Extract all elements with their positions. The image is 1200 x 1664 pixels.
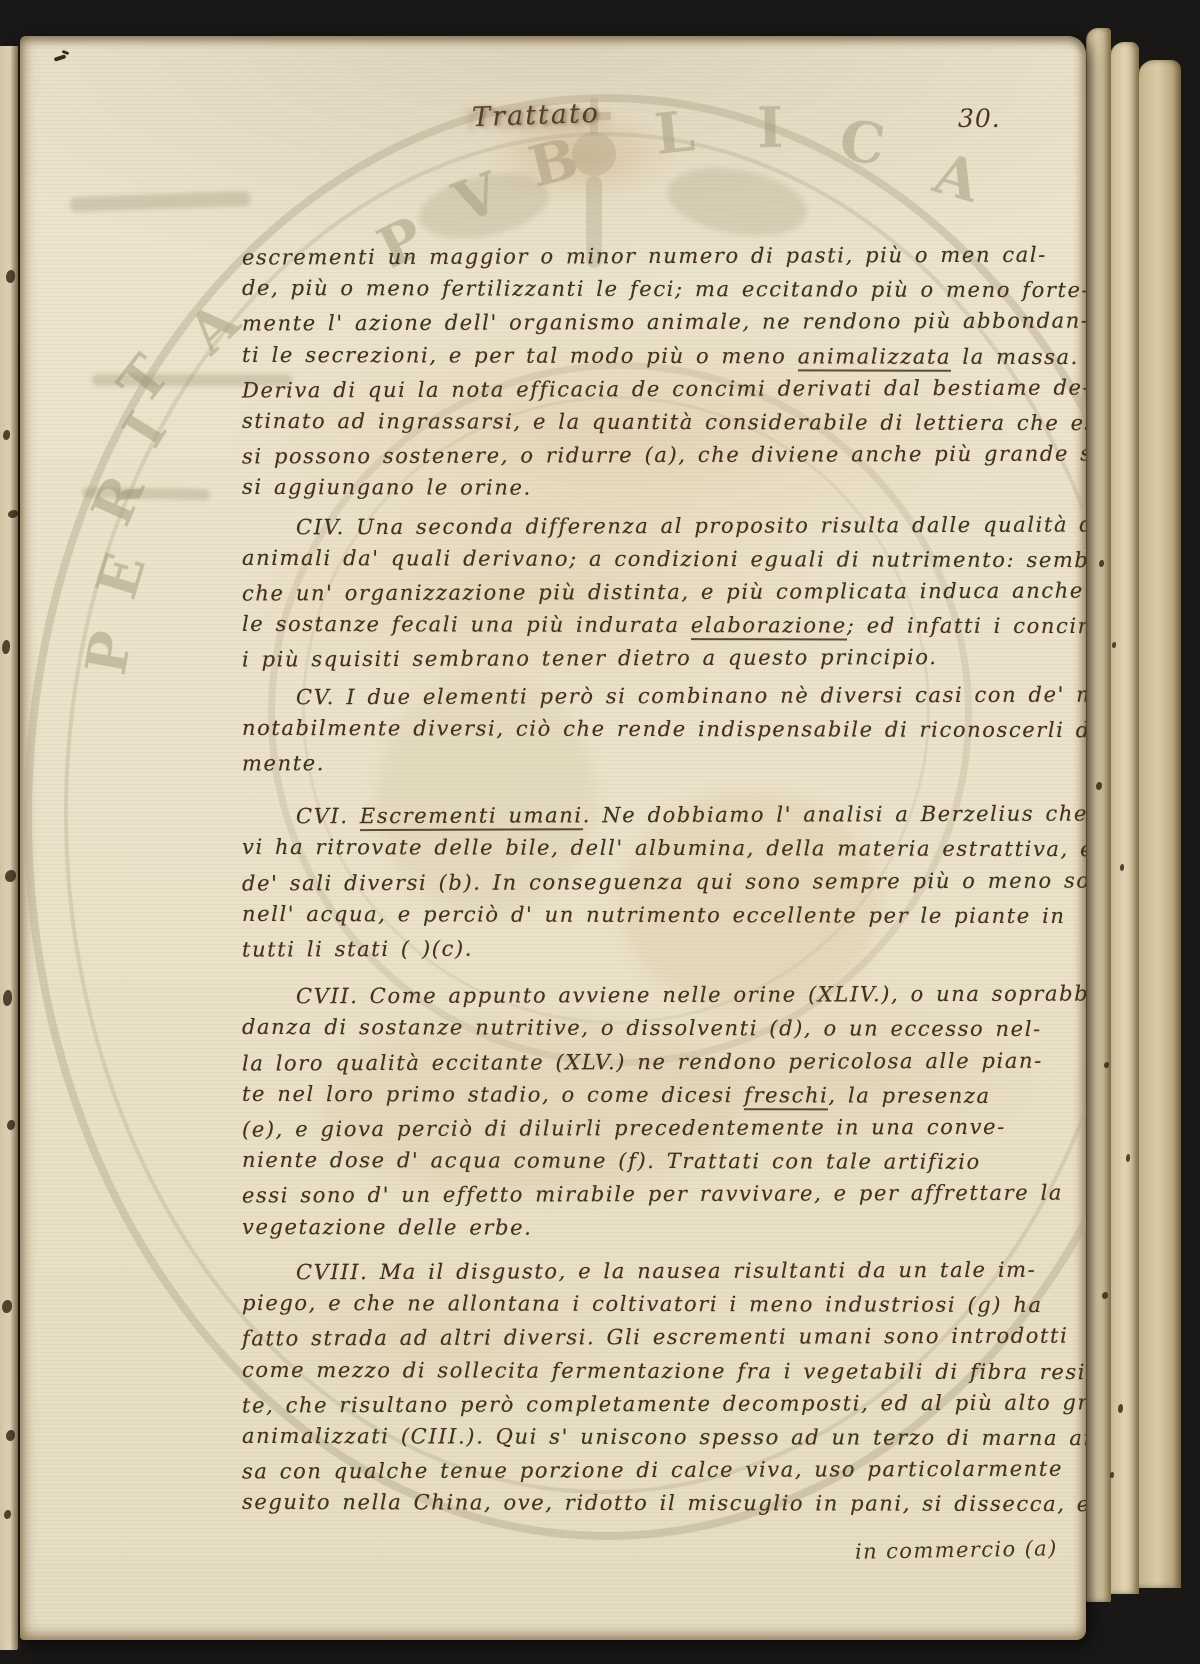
catchword: in commercio (a) (855, 1536, 1058, 1564)
bleed-through-mark (82, 487, 210, 500)
paragraph-CIV: CIV. Una seconda differenza al proposito… (242, 510, 1086, 676)
ink-mark (52, 50, 74, 64)
ink-speck (5, 870, 16, 882)
manuscript-text: escrementi un maggior o minor numero di … (242, 240, 1086, 1521)
text-line: (e), e giova perciò di diluirli preceden… (242, 1111, 1086, 1147)
text-line: piego, e che ne allontana i coltivatori … (242, 1287, 1086, 1322)
page-title: Trattato (471, 98, 600, 133)
ink-speck (6, 1430, 15, 1441)
ink-speck (3, 430, 10, 440)
text-line: CV. I due elementi però si combinano nè … (242, 678, 1086, 714)
text-line: si aggiungano le orine. (242, 471, 1086, 506)
text-line: sa con qualche tenue porzione di calce v… (242, 1453, 1086, 1489)
stamp-letter: L (652, 103, 697, 163)
stamp-letter: E (88, 547, 154, 604)
paragraph-CV: CV. I due elementi però si combinano nè … (242, 680, 1086, 780)
page-stack-edge (1086, 28, 1111, 1602)
text-line: te, che risultano però completamente dec… (242, 1386, 1086, 1422)
text-line: ti le secrezioni, e per tal modo più o m… (242, 339, 1086, 374)
text-line: nell' acqua, e perciò d' un nutrimento e… (242, 898, 1086, 933)
paragraph-continuation: escrementi un maggior o minor numero di … (242, 240, 1086, 506)
text-line: Deriva di qui la nota efficacia de conci… (242, 371, 1086, 407)
text-line: niente dose d' acqua comune (f). Trattat… (242, 1144, 1086, 1179)
bleed-through-mark (70, 191, 250, 212)
page-stack-edge (1138, 60, 1181, 1588)
text-line: fatto strada ad altri diversi. Gli escre… (242, 1320, 1086, 1356)
text-line: animalizzati (CIII.). Qui s' uniscono sp… (242, 1420, 1086, 1455)
page-stack-edge (1110, 42, 1139, 1594)
stamp-letter: I (757, 100, 784, 156)
stamp-letter: R (83, 467, 153, 532)
text-line: te nel loro primo stadio, o come dicesi … (242, 1078, 1086, 1113)
stamp-letter: A (179, 293, 249, 363)
stamp-letter: B (524, 130, 583, 196)
text-line: CVI. Escrementi umani. Ne dobbiamo l' an… (242, 798, 1086, 834)
page-number: 30. (958, 104, 1001, 133)
text-line: come mezzo di sollecita fermentazione fr… (242, 1353, 1086, 1388)
text-line: de, più o meno fertilizzanti le feci; ma… (242, 272, 1086, 307)
ink-speck (6, 270, 15, 283)
text-line: essi sono d' un effetto mirabile per rav… (242, 1177, 1086, 1213)
underlying-page-edge (0, 46, 21, 1650)
text-line: CIV. Una seconda differenza al proposito… (242, 508, 1086, 544)
ink-speck (8, 510, 18, 518)
ink-speck (7, 1120, 15, 1130)
text-line: de' sali diversi (b). In conseguenza qui… (242, 864, 1086, 900)
ink-speck (2, 1300, 12, 1313)
text-line: seguito nella China, ove, ridotto il mis… (242, 1486, 1086, 1521)
paragraph-CVII: CVII. Come appunto avviene nelle orine (… (242, 979, 1086, 1245)
text-line: vegetazione delle erbe. (242, 1211, 1086, 1246)
text-line: notabilmente diversi, ciò che rende indi… (242, 712, 1086, 747)
stamp-wreath-ornament (413, 163, 555, 249)
text-line: danza di sostanze nutritive, o dissolven… (242, 1011, 1086, 1046)
text-line: mente. (242, 745, 1086, 781)
ink-speck (3, 990, 12, 1006)
stamp-letter: C (836, 112, 888, 174)
stamp-letter: I (114, 404, 175, 456)
text-line: tutti li stati ( )(c). (242, 931, 1086, 967)
stamp-letter: V (447, 164, 507, 231)
paragraph-CVI: CVI. Escrementi umani. Ne dobbiamo l' an… (242, 799, 1086, 965)
manuscript-page: PERITAPVBLICA Trattato 30. escrementi un… (20, 36, 1086, 1640)
text-line: vi ha ritrovate delle bile, dell' albumi… (242, 831, 1086, 866)
stamp-orb-ornament (572, 132, 616, 176)
paragraph-CVIII: CVIII. Ma il disgusto, e la nausea risul… (242, 1255, 1086, 1521)
manuscript-scan: PERITAPVBLICA Trattato 30. escrementi un… (0, 0, 1200, 1664)
text-line: la loro qualità eccitante (XLV.) ne rend… (242, 1044, 1086, 1080)
text-line: i più squisiti sembrano tener dietro a q… (242, 641, 1086, 677)
stamp-letter: A (928, 145, 985, 211)
text-line: si possono sostenere, o ridurre (a), che… (242, 438, 1086, 474)
text-line: mente l' azione dell' organismo animale,… (242, 305, 1086, 341)
text-line: escrementi un maggior o minor numero di … (242, 239, 1086, 275)
text-line: le sostanze fecali una più indurata elab… (242, 608, 1086, 643)
ink-speck (4, 1510, 11, 1519)
text-line: CVII. Come appunto avviene nelle orine (… (242, 978, 1086, 1014)
ink-speck (2, 640, 10, 654)
text-line: CVIII. Ma il disgusto, e la nausea risul… (242, 1253, 1086, 1289)
stamp-letter: P (78, 627, 140, 678)
stamp-wreath-ornament (662, 158, 813, 246)
text-line: animali da' quali derivano; a condizioni… (242, 542, 1086, 577)
text-line: che un' organizzazione più distinta, e p… (242, 575, 1086, 611)
text-line: stinato ad ingrassarsi, e la quantità co… (242, 405, 1086, 440)
